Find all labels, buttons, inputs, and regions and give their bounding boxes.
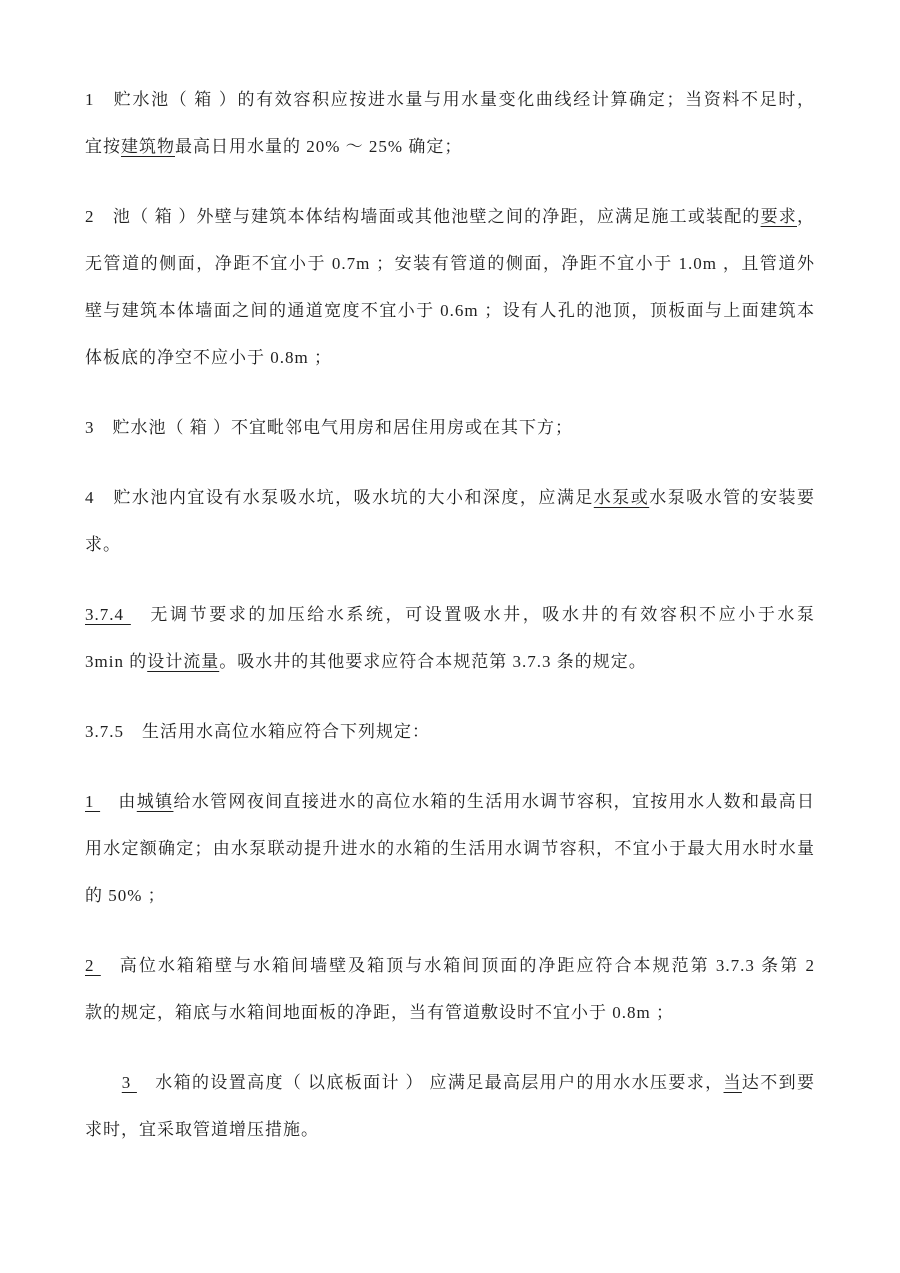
text-segment: ， bbox=[797, 207, 815, 226]
text-line: 壁与建筑本体墙面之间的通道宽度不宜小于 0.6m ；设有人孔的池顶，顶板面与上面… bbox=[85, 287, 815, 334]
text-line: 1 由城镇给水管网夜间直接进水的高位水箱的生活用水调节容积，宜按用水人数和最高日 bbox=[85, 778, 815, 825]
text-line: 无管道的侧面，净距不宜小于 0.7m ；安装有管道的侧面，净距不宜小于 1.0m… bbox=[85, 240, 815, 287]
clause-2: 2 池（ 箱 ）外壁与建筑本体结构墙面或其他池壁之间的净距，应满足施工或装配的要… bbox=[85, 193, 815, 381]
text-segment: 壁与建筑本体墙面之间的通道宽度不宜小于 0.6m ；设有人孔的池顶，顶板面与上面… bbox=[85, 301, 815, 320]
underlined-text: 建筑物 bbox=[121, 137, 175, 156]
text-segment: 水泵吸水管的安装要 bbox=[649, 488, 815, 507]
text-segment: 款的规定，箱底与水箱间地面板的净距，当有管道敷设时不宜小于 0.8m ； bbox=[85, 1003, 674, 1022]
text-line: 宜按建筑物最高日用水量的 20% ～ 25% 确定； bbox=[85, 123, 815, 170]
text-segment: 给水管网夜间直接进水的高位水箱的生活用水调节容积，宜按用水人数和最高日 bbox=[173, 792, 815, 811]
text-line: 2 池（ 箱 ）外壁与建筑本体结构墙面或其他池壁之间的净距，应满足施工或装配的要… bbox=[85, 193, 815, 240]
text-segment: 求时，宜采取管道增压措施。 bbox=[85, 1120, 319, 1139]
clause-3: 3 贮水池（ 箱 ）不宜毗邻电气用房和居住用房或在其下方； bbox=[85, 404, 815, 451]
text-segment: 4 贮水池内宜设有水泵吸水坑，吸水坑的大小和深度，应满足 bbox=[85, 488, 594, 507]
text-segment: 求。 bbox=[85, 535, 121, 554]
underlined-text: 水泵或 bbox=[594, 488, 649, 507]
text-line: 2 高位水箱箱壁与水箱间墙壁及箱顶与水箱间顶面的净距应符合本规范第 3.7.3 … bbox=[85, 942, 815, 989]
clause-4: 4 贮水池内宜设有水泵吸水坑，吸水坑的大小和深度，应满足水泵或水泵吸水管的安装要… bbox=[85, 474, 815, 568]
text-segment: 用水定额确定；由水泵联动提升进水的水箱的生活用水调节容积，不宜小于最大用水时水量 bbox=[85, 839, 815, 858]
text-segment: 无调节要求的加压给水系统，可设置吸水井，吸水井的有效容积不应小于水泵 bbox=[131, 605, 815, 624]
text-line: 3min 的设计流量。吸水井的其他要求应符合本规范第 3.7.3 条的规定。 bbox=[85, 638, 815, 685]
text-segment: 宜按 bbox=[85, 137, 121, 156]
document-page: 1 贮水池（ 箱 ）的有效容积应按进水量与用水量变化曲线经计算确定；当资料不足时… bbox=[0, 0, 900, 1273]
underlined-text: 设计流量 bbox=[147, 652, 219, 671]
text-segment: 体板底的净空不应小于 0.8m ； bbox=[85, 348, 332, 367]
sub-clause-3: 3 水箱的设置高度（ 以底板面计 ） 应满足最高层用户的用水水压要求，当达不到要… bbox=[85, 1059, 815, 1153]
article-3-7-5: 3.7.5 生活用水高位水箱应符合下列规定： bbox=[85, 708, 815, 755]
text-segment: 2 池（ 箱 ）外壁与建筑本体结构墙面或其他池壁之间的净距，应满足施工或装配的 bbox=[85, 207, 761, 226]
text-line: 1 贮水池（ 箱 ）的有效容积应按进水量与用水量变化曲线经计算确定；当资料不足时… bbox=[85, 76, 815, 123]
text-segment: 水箱的设置高度（ 以底板面计 ） 应满足最高层用户的用水水压要求， bbox=[137, 1073, 724, 1092]
text-line: 体板底的净空不应小于 0.8m ； bbox=[85, 334, 815, 381]
text-line: 的 50% ； bbox=[85, 872, 815, 919]
text-segment: 3min 的 bbox=[85, 652, 147, 671]
text-line: 求。 bbox=[85, 521, 815, 568]
text-line: 3 水箱的设置高度（ 以底板面计 ） 应满足最高层用户的用水水压要求，当达不到要 bbox=[85, 1059, 815, 1106]
text-segment bbox=[85, 1073, 122, 1092]
text-segment: 1 贮水池（ 箱 ）的有效容积应按进水量与用水量变化曲线经计算确定；当资料不足时… bbox=[85, 90, 815, 109]
text-line: 3 贮水池（ 箱 ）不宜毗邻电气用房和居住用房或在其下方； bbox=[85, 404, 815, 451]
text-segment: 最高日用水量的 20% ～ 25% 确定； bbox=[175, 137, 462, 156]
text-segment: 。吸水井的其他要求应符合本规范第 3.7.3 条的规定。 bbox=[219, 652, 647, 671]
article-3-7-4: 3.7.4 无调节要求的加压给水系统，可设置吸水井，吸水井的有效容积不应小于水泵… bbox=[85, 591, 815, 685]
text-line: 3.7.4 无调节要求的加压给水系统，可设置吸水井，吸水井的有效容积不应小于水泵 bbox=[85, 591, 815, 638]
sub-clause-2: 2 高位水箱箱壁与水箱间墙壁及箱顶与水箱间顶面的净距应符合本规范第 3.7.3 … bbox=[85, 942, 815, 1036]
text-segment: 由 bbox=[100, 792, 137, 811]
sub-clause-1: 1 由城镇给水管网夜间直接进水的高位水箱的生活用水调节容积，宜按用水人数和最高日… bbox=[85, 778, 815, 919]
text-line: 3.7.5 生活用水高位水箱应符合下列规定： bbox=[85, 708, 815, 755]
underlined-text: 3 bbox=[122, 1073, 137, 1092]
text-line: 款的规定，箱底与水箱间地面板的净距，当有管道敷设时不宜小于 0.8m ； bbox=[85, 989, 815, 1036]
text-line: 4 贮水池内宜设有水泵吸水坑，吸水坑的大小和深度，应满足水泵或水泵吸水管的安装要 bbox=[85, 474, 815, 521]
text-segment: 3 贮水池（ 箱 ）不宜毗邻电气用房和居住用房或在其下方； bbox=[85, 418, 573, 437]
underlined-text: 当 bbox=[724, 1073, 742, 1092]
text-segment: 高位水箱箱壁与水箱间墙壁及箱顶与水箱间顶面的净距应符合本规范第 3.7.3 条第… bbox=[101, 956, 815, 975]
underlined-text: 城镇 bbox=[137, 792, 174, 811]
underlined-text: 1 bbox=[85, 792, 100, 811]
clause-1: 1 贮水池（ 箱 ）的有效容积应按进水量与用水量变化曲线经计算确定；当资料不足时… bbox=[85, 76, 815, 170]
underlined-text: 要求 bbox=[761, 207, 797, 226]
text-segment: 达不到要 bbox=[742, 1073, 815, 1092]
text-line: 用水定额确定；由水泵联动提升进水的水箱的生活用水调节容积，不宜小于最大用水时水量 bbox=[85, 825, 815, 872]
text-line: 求时，宜采取管道增压措施。 bbox=[85, 1106, 815, 1153]
underlined-text: 3.7.4 bbox=[85, 605, 131, 624]
text-segment: 3.7.5 生活用水高位水箱应符合下列规定： bbox=[85, 722, 430, 741]
text-segment: 无管道的侧面，净距不宜小于 0.7m ；安装有管道的侧面，净距不宜小于 1.0m… bbox=[85, 254, 815, 273]
text-segment: 的 50% ； bbox=[85, 886, 166, 905]
underlined-text: 2 bbox=[85, 956, 101, 975]
